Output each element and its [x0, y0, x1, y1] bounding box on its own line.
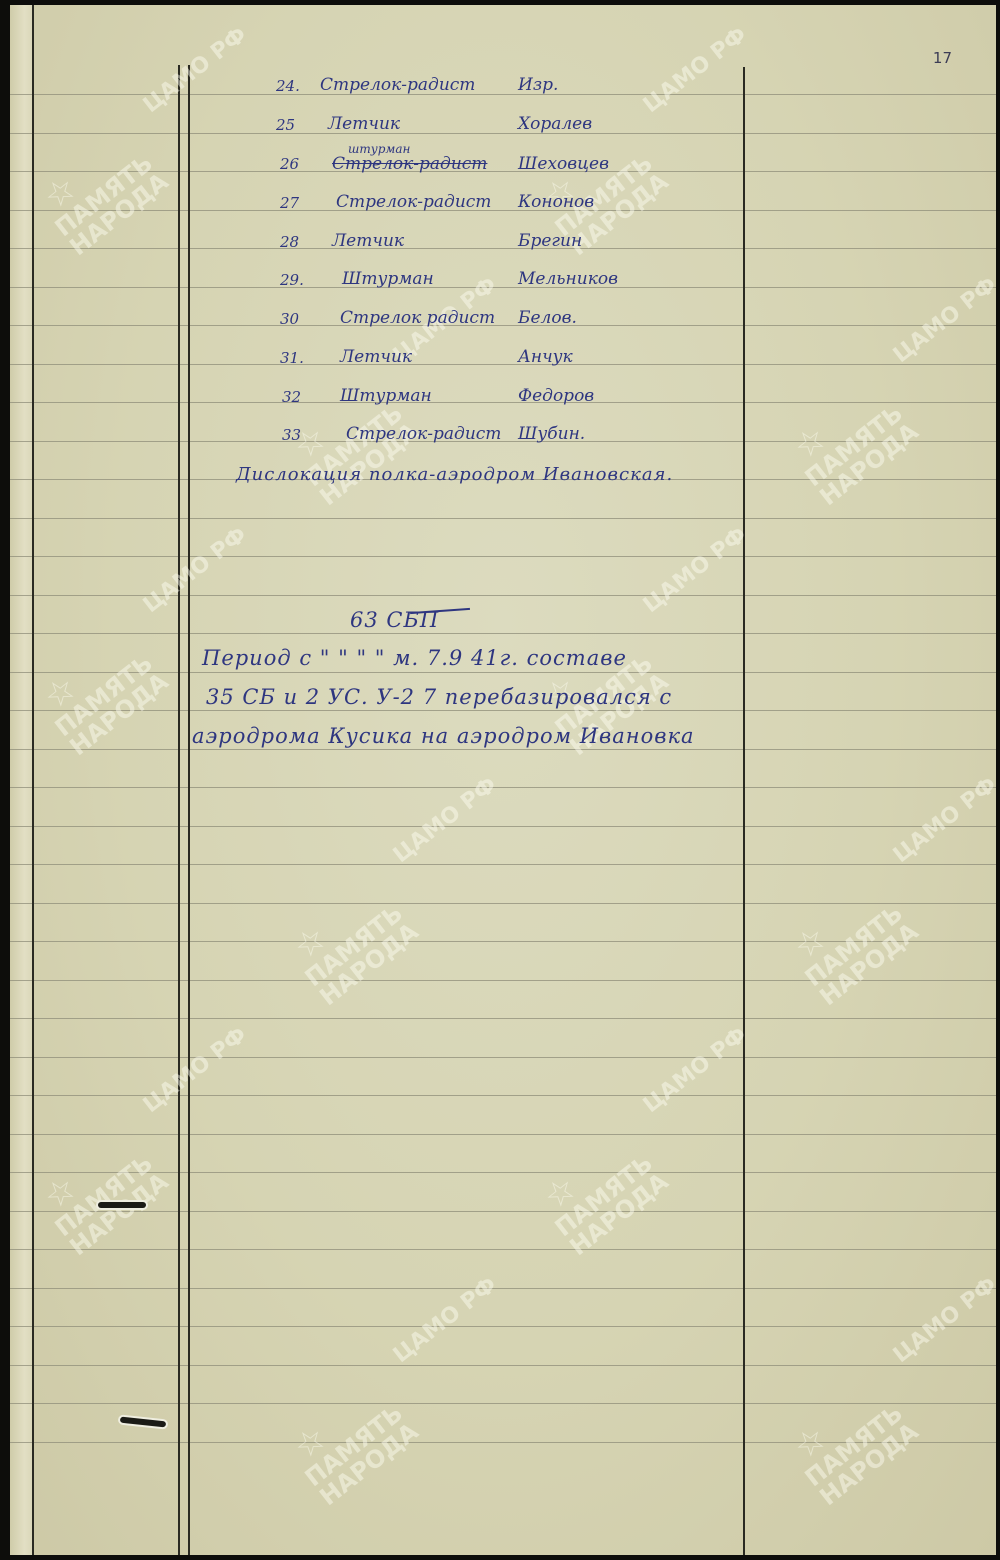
- star-icon: ☆: [38, 623, 143, 715]
- ruled-line: [10, 325, 996, 326]
- ruled-line: [10, 903, 996, 904]
- watermark-camo: ЦАМО РФ: [140, 1024, 251, 1117]
- star-icon: ☆: [288, 1373, 393, 1465]
- roster-number: 26: [280, 155, 299, 173]
- star-icon: ☆: [788, 873, 893, 965]
- roster-name: Шеховцев: [518, 154, 609, 174]
- role-correction: штурман: [348, 142, 410, 156]
- roster-number: 29.: [280, 271, 304, 289]
- star-icon: ☆: [788, 1373, 893, 1465]
- watermark-pamyat-naroda: ☆ПАМЯТЬНАРОДА: [30, 623, 172, 759]
- roster-role: Летчик: [332, 231, 404, 251]
- ruled-line: [10, 595, 996, 596]
- watermark-pamyat-naroda: ☆ПАМЯТЬНАРОДА: [530, 1123, 672, 1259]
- roster-number: 27: [280, 194, 299, 212]
- ruled-line: [10, 1442, 996, 1443]
- ruled-line: [10, 248, 996, 249]
- roster-number: 33: [282, 426, 301, 444]
- watermark-camo: ЦАМО РФ: [640, 1024, 751, 1117]
- roster-name: Шубин.: [518, 424, 585, 444]
- roster-role: Стрелок-радист: [336, 192, 491, 212]
- ruled-line: [10, 1249, 996, 1250]
- ruled-line: [10, 710, 996, 711]
- ruled-line: [10, 980, 996, 981]
- ruled-line: [10, 787, 996, 788]
- ledger-page: 17 ЦАМО РФ ЦАМО РФ ЦАМО РФ ЦАМО РФ ЦАМО …: [10, 5, 996, 1555]
- roster-role: Штурман: [342, 269, 434, 289]
- role-struck: Стрелок-радист: [332, 154, 487, 174]
- roster-number: 32: [282, 388, 301, 406]
- roster-number: 30: [280, 310, 299, 328]
- star-icon: ☆: [788, 373, 893, 465]
- ruled-line: [10, 672, 996, 673]
- binding-hole-tear: [120, 1417, 166, 1428]
- ruled-line: [10, 441, 996, 442]
- roster-name: Мельников: [518, 269, 618, 289]
- ruled-line: [10, 518, 996, 519]
- roster-role: Штурман: [340, 386, 432, 406]
- roster-number: 31.: [280, 349, 304, 367]
- star-icon: ☆: [288, 873, 393, 965]
- roster-name: Федоров: [518, 386, 594, 406]
- ruled-line: [10, 1326, 996, 1327]
- page-number: 17: [933, 49, 952, 67]
- column-divider-left-2: [188, 65, 190, 1555]
- star-icon: ☆: [38, 123, 143, 215]
- roster-role: Стрелок-радист: [346, 424, 501, 444]
- ruled-line: [10, 864, 996, 865]
- watermark-camo: ЦАМО РФ: [890, 274, 996, 367]
- dislocation-note: Дислокация полка-аэродром Ивановская.: [236, 464, 673, 485]
- watermark-camo: ЦАМО РФ: [140, 24, 251, 117]
- page-fold: [10, 5, 34, 1555]
- watermark-camo: ЦАМО РФ: [640, 24, 751, 117]
- ruled-line: [10, 1288, 996, 1289]
- watermark-camo: ЦАМО РФ: [640, 524, 751, 617]
- star-icon: ☆: [538, 1123, 643, 1215]
- roster-role: Стрелок радист: [340, 308, 495, 328]
- ruled-line: [10, 364, 996, 365]
- roster-number: 24.: [276, 77, 300, 95]
- ruled-line: [10, 1172, 996, 1173]
- section-line: Период с " " " " м. 7.9 41г. составе: [202, 646, 627, 670]
- roster-number: 28: [280, 233, 299, 251]
- ruled-line: [10, 826, 996, 827]
- ruled-line: [10, 210, 996, 211]
- ruled-line: [10, 556, 996, 557]
- ruled-line: [10, 941, 996, 942]
- ruled-line: [10, 171, 996, 172]
- ruled-line: [10, 1018, 996, 1019]
- ruled-line: [10, 1365, 996, 1366]
- roster-name: Белов.: [518, 308, 577, 328]
- ruled-line: [10, 1095, 996, 1096]
- roster-number: 25: [276, 116, 295, 134]
- ruled-line: [10, 749, 996, 750]
- watermark-pamyat-naroda: ☆ПАМЯТЬНАРОДА: [30, 1123, 172, 1259]
- roster-name: Изр.: [518, 75, 558, 95]
- roster-name: Анчук: [518, 347, 573, 367]
- roster-role: Летчик: [328, 114, 400, 134]
- roster-name: Брегин: [518, 231, 582, 251]
- ruled-line: [10, 402, 996, 403]
- roster-name: Хоралев: [518, 114, 592, 134]
- roster-name: Кононов: [518, 192, 594, 212]
- ruled-line: [10, 94, 996, 95]
- ruled-line: [10, 1134, 996, 1135]
- section-line: аэродрома Кусика на аэродром Ивановка: [192, 724, 695, 748]
- column-divider-left-1: [178, 65, 180, 1555]
- ruled-line: [10, 1211, 996, 1212]
- ruled-line: [10, 287, 996, 288]
- roster-role: Стрелок-радист: [320, 75, 475, 95]
- ruled-line: [10, 1403, 996, 1404]
- section-line: 35 СБ и 2 УС. У-2 7 перебазировался с: [206, 685, 672, 709]
- watermark-camo: ЦАМО РФ: [140, 524, 251, 617]
- binding-margin-line: [32, 5, 34, 1555]
- column-divider-right: [743, 67, 745, 1555]
- ruled-line: [10, 133, 996, 134]
- ruled-line: [10, 1057, 996, 1058]
- roster-role-corrected: штурман Стрелок-радист: [332, 154, 487, 174]
- watermark-pamyat-naroda: ☆ПАМЯТЬНАРОДА: [30, 123, 172, 259]
- ruled-line: [10, 633, 996, 634]
- roster-role: Летчик: [340, 347, 412, 367]
- binding-hole-tear: [98, 1202, 146, 1208]
